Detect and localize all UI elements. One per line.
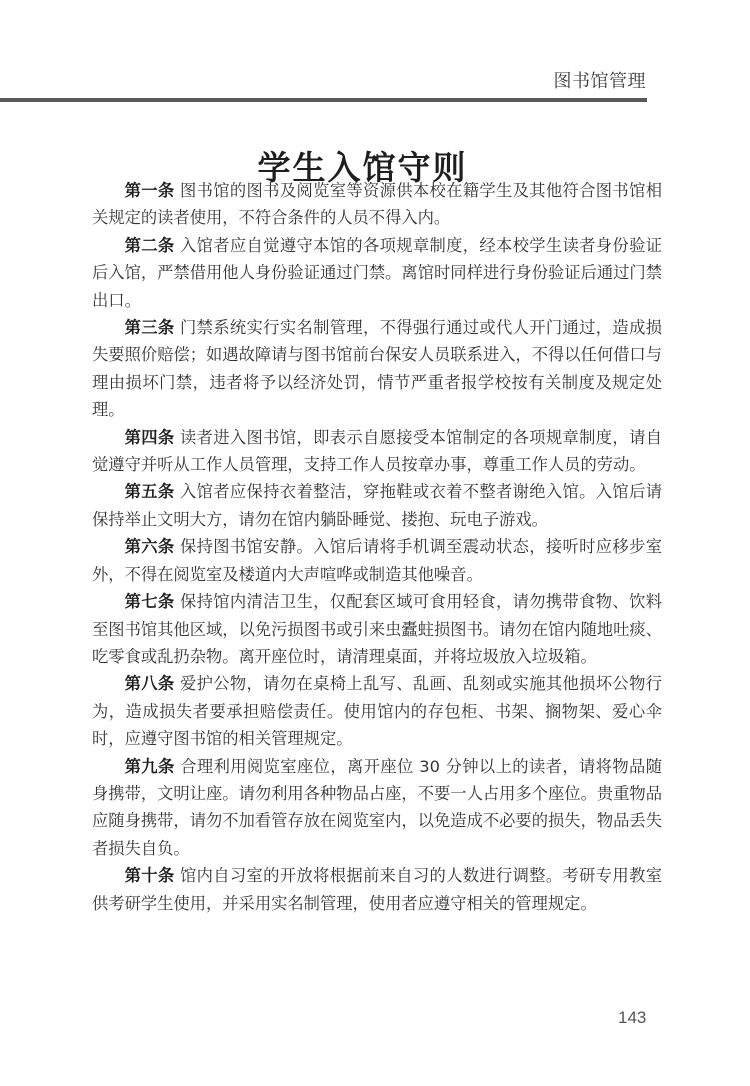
article-text: 入馆者应保持衣着整洁，穿拖鞋或衣着不整者谢绝入馆。入馆后请保持举止文明大方，请勿…	[92, 482, 662, 528]
page-number: 143	[618, 1008, 646, 1028]
article-6: 第六条 保持图书馆安静。入馆后请将手机调至震动状态，接听时应移步室外，不得在阅览…	[92, 533, 662, 588]
article-text: 入馆者应自觉遵守本馆的各项规章制度，经本校学生读者身份验证后入馆，严禁借用他人身…	[92, 236, 662, 310]
article-number: 第四条	[125, 428, 175, 447]
article-text: 馆内自习室的开放将根据前来自习的人数进行调整。考研专用教室供考研学生使用，并采用…	[92, 866, 662, 912]
running-head: 图书馆管理	[554, 70, 647, 94]
article-10: 第十条 馆内自习室的开放将根据前来自习的人数进行调整。考研专用教室供考研学生使用…	[92, 862, 662, 917]
article-number: 第九条	[125, 757, 175, 776]
article-number: 第八条	[125, 674, 175, 693]
article-number: 第五条	[125, 482, 175, 501]
article-number: 第六条	[125, 537, 175, 556]
article-number: 第一条	[125, 181, 175, 200]
article-text: 保持馆内清洁卫生，仅配套区域可食用轻食，请勿携带食物、饮料至图书馆其他区域，以免…	[92, 592, 662, 666]
article-number: 第十条	[125, 866, 175, 885]
article-8: 第八条 爱护公物，请勿在桌椅上乱写、乱画、乱刻或实施其他损坏公物行为，造成损失者…	[92, 670, 662, 752]
article-number: 第二条	[125, 236, 175, 255]
article-number: 第三条	[125, 318, 175, 337]
article-number: 第七条	[125, 592, 175, 611]
header-rule	[0, 98, 647, 102]
document-body: 第一条 图书馆的图书及阅览室等资源供本校在籍学生及其他符合图书馆相关规定的读者使…	[92, 177, 662, 917]
article-text: 合理利用阅览室座位，离开座位 30 分钟以上的读者，请将物品随身携带，文明让座。…	[92, 757, 662, 858]
article-1: 第一条 图书馆的图书及阅览室等资源供本校在籍学生及其他符合图书馆相关规定的读者使…	[92, 177, 662, 232]
article-9: 第九条 合理利用阅览室座位，离开座位 30 分钟以上的读者，请将物品随身携带，文…	[92, 753, 662, 863]
article-text: 读者进入图书馆，即表示自愿接受本馆制定的各项规章制度，请自觉遵守并听从工作人员管…	[92, 428, 662, 474]
article-4: 第四条 读者进入图书馆，即表示自愿接受本馆制定的各项规章制度，请自觉遵守并听从工…	[92, 424, 662, 479]
article-text: 图书馆的图书及阅览室等资源供本校在籍学生及其他符合图书馆相关规定的读者使用，不符…	[92, 181, 662, 227]
article-text: 门禁系统实行实名制管理，不得强行通过或代人开门通过，造成损失要照价赔偿；如遇故障…	[92, 318, 662, 419]
article-7: 第七条 保持馆内清洁卫生，仅配套区域可食用轻食，请勿携带食物、饮料至图书馆其他区…	[92, 588, 662, 670]
article-2: 第二条 入馆者应自觉遵守本馆的各项规章制度，经本校学生读者身份验证后入馆，严禁借…	[92, 232, 662, 314]
article-text: 爱护公物，请勿在桌椅上乱写、乱画、乱刻或实施其他损坏公物行为，造成损失者要承担赔…	[92, 674, 662, 748]
article-text: 保持图书馆安静。入馆后请将手机调至震动状态，接听时应移步室外，不得在阅览室及楼道…	[92, 537, 662, 583]
article-5: 第五条 入馆者应保持衣着整洁，穿拖鞋或衣着不整者谢绝入馆。入馆后请保持举止文明大…	[92, 478, 662, 533]
article-3: 第三条 门禁系统实行实名制管理，不得强行通过或代人开门通过，造成损失要照价赔偿；…	[92, 314, 662, 424]
